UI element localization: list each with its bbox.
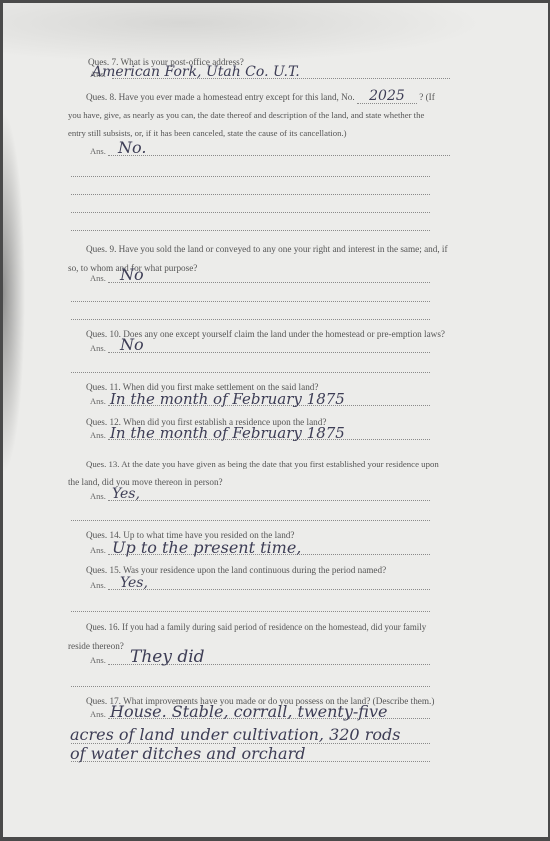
question-13-text: At the date you have given as being the … [121,459,439,469]
answer-15-line [108,589,430,590]
answer-14-handwriting: Up to the present time, [112,538,301,557]
answer-9-line [108,282,430,283]
answer-15-row: Ans. Yes, [90,578,430,592]
answer-13-row: Ans. Yes, [90,489,430,503]
answer-8-handwriting: No. [118,138,146,157]
question-8-text: Have you ever made a homestead entry exc… [119,92,355,102]
answer-9-line-3 [71,319,430,320]
answer-14-label: Ans. [90,545,106,555]
answer-15-line-2 [71,611,430,612]
answer-11-label: Ans. [90,396,106,406]
answer-12-label: Ans. [90,430,106,440]
answer-11-row: Ans. In the month of February 1875 [90,394,430,408]
question-8-text-after: ? (If [419,92,435,102]
answer-14-row: Ans. Up to the present time, [90,543,430,557]
answer-11-handwriting: In the month of February 1875 [110,390,345,408]
question-9-text: Have you sold the land or conveyed to an… [119,244,448,254]
question-10-text: Does any one except yourself claim the l… [123,329,445,339]
answer-9-line-2 [71,301,430,302]
answer-17-handwriting-line-1: House. Stable, corrall, twenty-five [110,702,387,721]
answer-8-line [108,155,450,156]
answer-8-row: Ans. No. [90,144,450,158]
answer-13-label: Ans. [90,491,106,501]
question-8-label: Ques. 8. [68,92,116,102]
question-16-text: If you had a family during said period o… [122,622,426,632]
entry-number-field: 2025 [357,90,417,104]
question-15-text: Was your residence upon the land continu… [123,565,386,575]
answer-7-handwriting: American Fork, Utah Co. U.T. [92,64,300,80]
answer-9-label: Ans. [90,273,106,283]
answer-8-line-5 [71,230,430,231]
entry-number-handwriting: 2025 [369,88,405,104]
answer-16-handwriting: They did [130,647,205,667]
question-10-label: Ques. 10. [86,329,121,339]
answer-16-row: Ans. They did [90,653,430,667]
answer-10-line [108,352,430,353]
answer-15-handwriting: Yes, [120,575,148,591]
question-9: Ques. 9. Have you sold the land or conve… [68,243,448,255]
answer-13-handwriting: Yes, [112,486,140,502]
scanned-form-page: Ques. 7. What is your post-office addres… [3,3,548,837]
question-8-line3: entry still subsists, or, if it has been… [68,127,347,139]
answer-16-line-2 [71,686,430,687]
answer-8-line-3 [71,194,430,195]
question-16-label: Ques. 16. [68,622,120,632]
question-13: Ques. 13. At the date you have given as … [68,458,439,470]
question-8: Ques. 8. Have you ever made a homestead … [68,90,435,104]
question-16-line2: reside thereon? [68,640,124,652]
answer-10-line-2 [71,372,430,373]
question-13-line2: the land, did you move thereon in person… [68,476,223,488]
answer-17-handwriting-line-2: acres of land under cultivation, 320 rod… [70,725,400,744]
answer-17-row: Ans. House. Stable, corrall, twenty-five [90,707,430,721]
answer-12-row: Ans. In the month of February 1875 [90,428,430,442]
answer-10-handwriting: No [120,335,144,354]
question-13-label: Ques. 13. [68,459,119,469]
answer-8-label: Ans. [90,146,106,156]
answer-13-line [108,500,430,501]
answer-9-row: Ans. No [90,271,430,285]
answer-10-row: Ans. No [90,341,430,355]
answer-7-row: Ans. American Fork, Utah Co. U.T. [90,67,450,81]
question-15-label: Ques. 15. [86,565,121,575]
question-9-label: Ques. 9. [68,244,116,254]
answer-16-label: Ans. [90,655,106,665]
answer-9-handwriting: No [120,265,144,284]
answer-8-line-2 [71,176,430,177]
answer-8-line-4 [71,212,430,213]
answer-17-label: Ans. [90,709,106,719]
answer-17-handwriting-line-3: of water ditches and orchard [70,744,305,763]
answer-15-label: Ans. [90,580,106,590]
answer-13-line-2 [71,520,430,521]
question-8-line2: you have, give, as nearly as you can, th… [68,109,424,121]
answer-12-handwriting: In the month of February 1875 [110,424,345,442]
question-16: Ques. 16. If you had a family during sai… [68,621,426,633]
answer-10-label: Ans. [90,343,106,353]
